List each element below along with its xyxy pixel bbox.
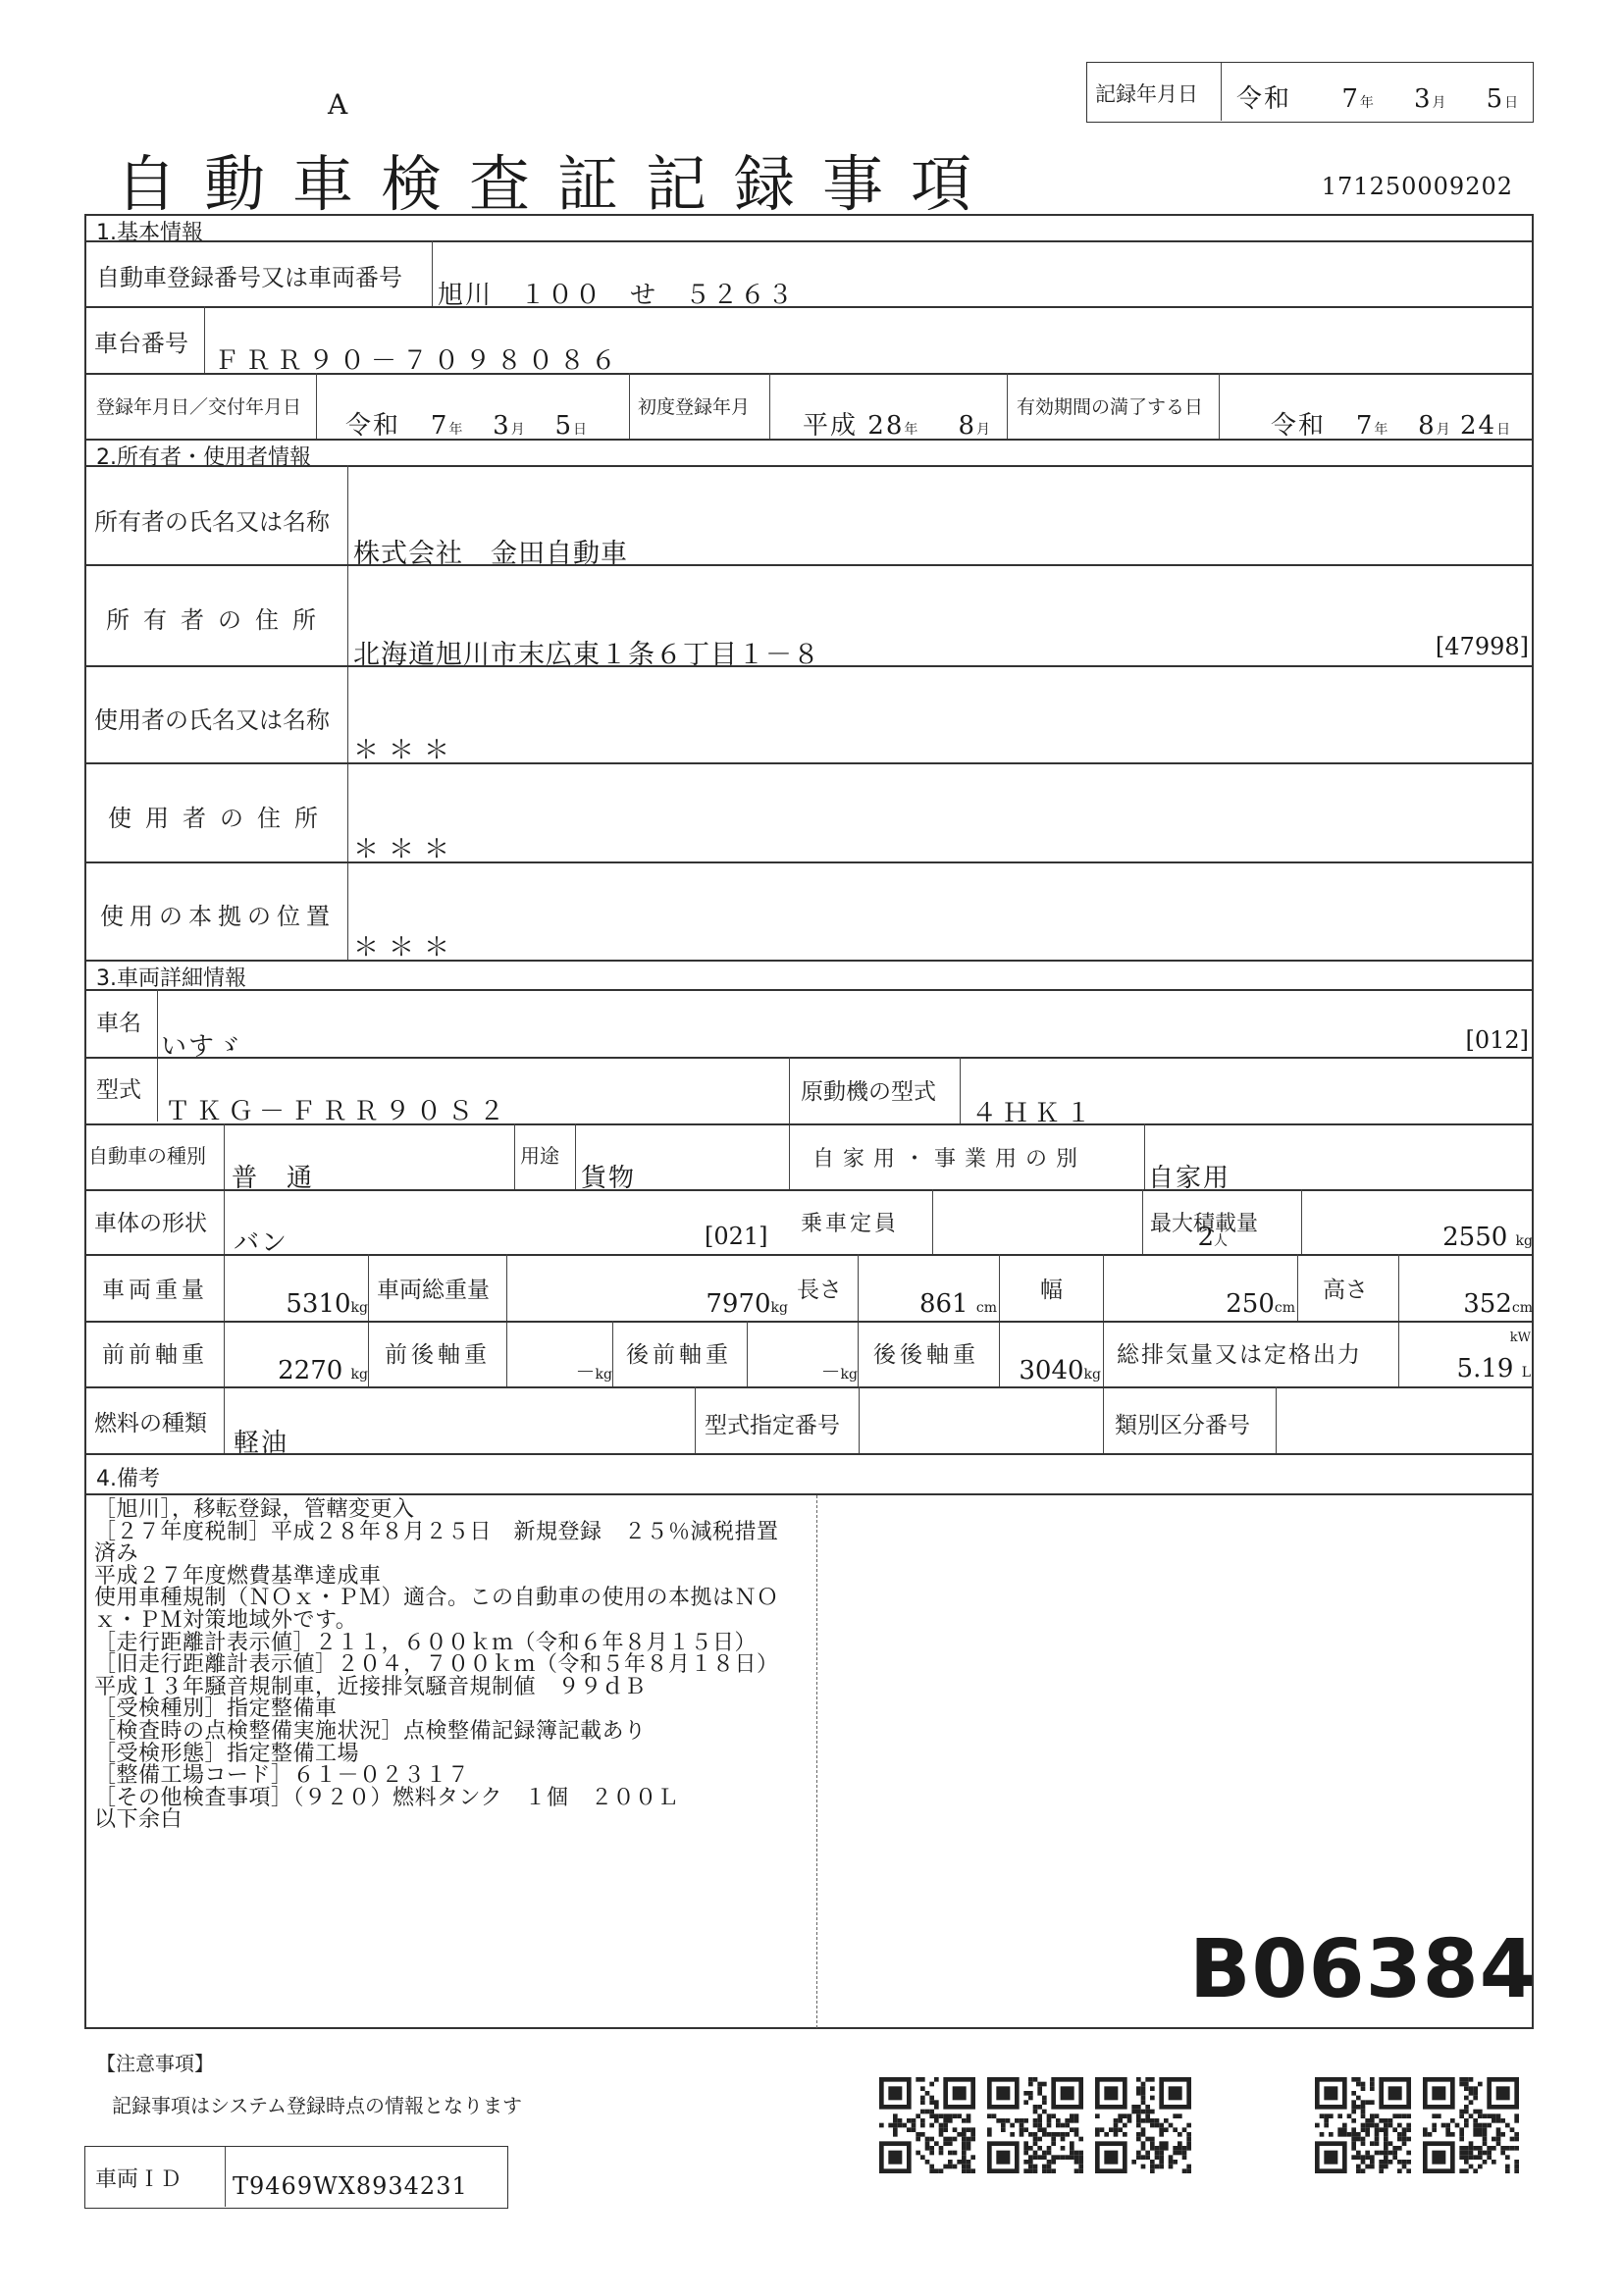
rr-axle-value: 3040kg <box>1019 1356 1101 1385</box>
cm-unit: cm <box>976 1300 997 1316</box>
height-label: 高さ <box>1323 1272 1368 1304</box>
expiry-date-value: 令和 7年 8月 24日 <box>1271 405 1510 442</box>
kg-unit: kg <box>351 1367 368 1383</box>
number: 861 <box>919 1289 969 1319</box>
displacement-label: 総排気量又は定格出力 <box>1117 1336 1362 1369</box>
number: 2270 <box>278 1356 342 1385</box>
ff-axle-value: 2270 kg <box>278 1356 368 1385</box>
body-shape-code: [021] <box>705 1223 768 1250</box>
remark-line: ［受検形態］指定整備工場 <box>94 1744 811 1766</box>
max-load-value: 2550 kg <box>1442 1223 1533 1252</box>
capacity-label: 乗車定員 <box>801 1207 899 1237</box>
number: 5310 <box>286 1289 350 1319</box>
vehicle-type-label: 自動車の種別 <box>88 1140 206 1169</box>
day-unit: 日 <box>1496 422 1510 438</box>
form-letter: A <box>328 88 347 121</box>
record-date-label: 記録年月日 <box>1095 78 1198 108</box>
first-registration-label: 初度登録年月 <box>638 392 750 419</box>
gross-weight-label: 車両総重量 <box>377 1272 490 1304</box>
day: 24 <box>1460 411 1496 441</box>
registration-date-value: 令和 7年 3月 5日 <box>345 405 587 442</box>
vehicle-weight-value: 5310kg <box>286 1289 368 1319</box>
remark-line: ［走行距離計表示値］２１１，６００ｋｍ（令和６年８月１５日） <box>94 1633 811 1655</box>
qr-code-icon <box>1095 2076 1191 2174</box>
registration-date-label: 登録年月日／交付年月日 <box>96 392 301 419</box>
remarks-divider <box>816 1495 817 2028</box>
type-designation-label: 型式指定番号 <box>705 1407 840 1439</box>
year: 7 <box>1356 411 1375 441</box>
record-date-box: 記録年月日 令和 7年 3月 5日 <box>1086 62 1534 123</box>
remark-line: 平成１３年騒音規制車，近接排気騒音規制値 ９９ｄＢ <box>94 1677 811 1699</box>
base-location-label: 使用の本拠の位置 <box>100 897 336 931</box>
kg-unit: kg <box>1084 1367 1101 1383</box>
document-number: 171250009202 <box>1322 173 1513 200</box>
vehicle-id-label: 車両ＩＤ <box>95 2163 182 2193</box>
era: 令和 <box>345 411 400 441</box>
year-unit: 年 <box>1360 95 1374 111</box>
remark-line: ［旧走行距離計表示値］２０４，７００ｋｍ（令和５年８月１８日） <box>94 1654 811 1677</box>
number: 5.19 <box>1457 1354 1514 1383</box>
qr-code-icon <box>987 2076 1083 2174</box>
year: 7 <box>431 411 449 441</box>
vehicle-weight-label: 車両重量 <box>102 1272 208 1304</box>
kg-unit: kg <box>1516 1233 1533 1249</box>
displacement-value: 5.19 L <box>1457 1354 1531 1383</box>
registration-number-label: 自動車登録番号又は車両番号 <box>96 258 402 292</box>
year-unit: 年 <box>448 422 462 438</box>
remark-line: ［受検種別］指定整備車 <box>94 1698 811 1721</box>
stamp-code: B06384 <box>1189 1923 1537 2016</box>
gross-weight-value: 7970kg <box>706 1289 788 1319</box>
number: 7970 <box>706 1289 770 1319</box>
fuel-label: 燃料の種類 <box>94 1405 207 1437</box>
remark-line: ［整備工場コード］６１－０２３１７ <box>94 1765 811 1788</box>
remark-line: 以下余白 <box>94 1809 811 1832</box>
owner-address-label: 所有者の住所 <box>106 600 330 635</box>
day-unit: 日 <box>573 422 587 438</box>
day-unit: 日 <box>1504 95 1518 111</box>
year: 7 <box>1341 84 1360 114</box>
max-load-number: 2550 <box>1442 1223 1507 1252</box>
cm-unit: cm <box>1275 1300 1295 1316</box>
year: 28 <box>867 411 904 441</box>
remark-line: 使用車種規制（ＮＯｘ・ＰＭ）適合。この自動車の使用の本拠はＮＯ <box>94 1588 811 1610</box>
month-unit: 月 <box>976 422 990 438</box>
era: 平成 <box>803 411 858 441</box>
base-location-value: ＊＊＊ <box>353 927 459 964</box>
era: 令和 <box>1271 411 1326 441</box>
height-value: 352cm <box>1463 1289 1533 1319</box>
remarks-list: ［旭川］，移転登録，管轄変更入［２７年度税制］平成２８年８月２５日 新規登録 ２… <box>94 1499 811 1832</box>
month-unit: 月 <box>1437 422 1450 438</box>
page-title: 自動車検査証記録事項 <box>116 135 999 223</box>
private-business-label: 自家用・事業用の別 <box>812 1142 1086 1173</box>
vehicle-id-box: 車両ＩＤ T9469WX8934231 <box>84 2146 508 2209</box>
month: 3 <box>493 411 511 441</box>
qr-code-icon <box>1315 2076 1411 2174</box>
remark-line: 平成２７年度燃費基準達成車 <box>94 1566 811 1589</box>
chassis-number-value: ＦＲＲ９０－７０９８０８６ <box>214 340 622 377</box>
year-unit: 年 <box>904 422 917 438</box>
category-number-label: 類別区分番号 <box>1115 1407 1250 1439</box>
remark-line: ［旭川］，移転登録，管轄変更入 <box>94 1499 811 1522</box>
car-name-label: 車名 <box>96 1005 141 1037</box>
owner-address-code: [47998] <box>1436 633 1529 660</box>
cm-unit: cm <box>1512 1300 1533 1316</box>
kw-unit: kW <box>1510 1331 1531 1345</box>
day: 5 <box>1487 84 1505 114</box>
month: 8 <box>958 411 976 441</box>
expiry-date-label: 有効期間の満了する日 <box>1017 392 1203 419</box>
rr-axle-label: 後後軸重 <box>873 1336 979 1369</box>
width-value: 250cm <box>1226 1289 1295 1319</box>
length-label: 長さ <box>797 1272 842 1304</box>
month: 3 <box>1414 84 1433 114</box>
number: 352 <box>1463 1289 1512 1319</box>
usage-label: 用途 <box>520 1140 559 1169</box>
remark-line: ［その他検査事項］（９２０）燃料タンク １個 ２００Ｌ <box>94 1788 811 1810</box>
chassis-number-label: 車台番号 <box>94 324 188 358</box>
user-name-value: ＊＊＊ <box>353 730 459 766</box>
rf-axle-label: 後前軸重 <box>626 1336 732 1369</box>
owner-name-label: 所有者の氏名又は名称 <box>94 502 330 537</box>
month-unit: 月 <box>1433 95 1446 111</box>
ff-axle-label: 前前軸重 <box>102 1336 208 1369</box>
record-date-value: 令和 7年 3月 5日 <box>1236 78 1518 115</box>
l-unit: L <box>1522 1365 1531 1381</box>
fr-axle-value: －kg <box>576 1356 612 1384</box>
car-name-code: [012] <box>1465 1026 1529 1054</box>
notice-heading: 【注意事項】 <box>96 2048 214 2076</box>
year-unit: 年 <box>1374 422 1387 438</box>
number: － <box>821 1360 841 1383</box>
model-value: ＴＫＧ－ＦＲＲ９０Ｓ２ <box>165 1091 510 1127</box>
max-load-label: 最大積載量 <box>1150 1207 1258 1237</box>
section-4-heading: 4.備考 <box>96 1462 160 1492</box>
length-value: 861 cm <box>919 1289 997 1319</box>
kg-unit: kg <box>596 1367 612 1383</box>
user-address-label: 使用者の住所 <box>108 799 332 833</box>
width-label: 幅 <box>1040 1272 1063 1304</box>
vehicle-id-value: T9469WX8934231 <box>233 2172 468 2200</box>
number: － <box>576 1360 596 1383</box>
qr-code-icon <box>1423 2076 1519 2174</box>
rf-axle-value: －kg <box>821 1356 858 1384</box>
model-label: 型式 <box>96 1071 141 1104</box>
user-name-label: 使用者の氏名又は名称 <box>94 701 330 735</box>
kg-unit: kg <box>841 1367 858 1383</box>
kg-unit: kg <box>351 1300 368 1316</box>
remark-line: 済み <box>94 1543 811 1566</box>
qr-code-icon <box>879 2076 975 2174</box>
month-unit: 月 <box>511 422 525 438</box>
first-registration-value: 平成 28年 8月 <box>803 405 990 442</box>
era: 令和 <box>1236 84 1291 114</box>
number: 3040 <box>1019 1356 1083 1385</box>
section-3-heading: 3.車両詳細情報 <box>96 962 246 992</box>
remark-line: ［２７年度税制］平成２８年８月２５日 新規登録 ２５％減税措置 <box>94 1522 811 1544</box>
remark-line: ［検査時の点検整備実施状況］点検整備記録簿記載あり <box>94 1721 811 1744</box>
remark-line: ｘ・ＰＭ対策地域外です。 <box>94 1610 811 1633</box>
body-shape-label: 車体の形状 <box>94 1205 207 1237</box>
kg-unit: kg <box>771 1300 788 1316</box>
month: 8 <box>1418 411 1437 441</box>
day: 5 <box>555 411 574 441</box>
engine-model-label: 原動機の型式 <box>801 1073 936 1106</box>
user-address-value: ＊＊＊ <box>353 829 459 865</box>
fr-axle-label: 前後軸重 <box>385 1336 491 1369</box>
notice-text: 記録事項はシステム登録時点の情報となります <box>112 2090 522 2118</box>
number: 250 <box>1226 1289 1275 1319</box>
